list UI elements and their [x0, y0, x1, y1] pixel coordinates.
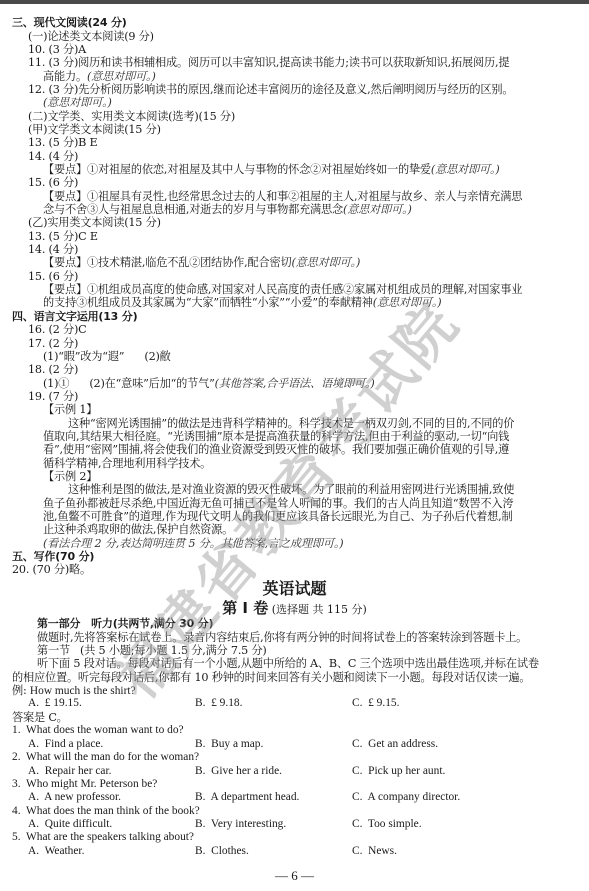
jia-q15-point-line1: 【要点】①祖屋具有灵性,也经常思念过去的人和事②祖屋的主人,对祖屋与故乡、亲人与…: [43, 190, 522, 203]
q1-option-a: A. Find a place.: [28, 738, 103, 751]
question-4: 4. What does the man think of the book?: [12, 805, 200, 818]
example-1-line: 看”,使用“密网”围捕,将会使我们的渔业资源受到毁灭性的破坏。我们要加强正确价值…: [43, 443, 509, 456]
instruction-line: 做题时,先将答案标在试卷上。录音内容结束后,你将有两分钟的时间将试卷上的答案转涂…: [37, 631, 527, 644]
example-label: 例:: [12, 684, 27, 697]
section-4-title: 四、语言文字运用(13 分): [12, 310, 137, 323]
section-5-title: 五、写作(70 分): [12, 550, 94, 563]
listening-part-title: 第一部分 听力(共两节,满分 30 分): [37, 617, 213, 630]
q3-option-c: C. A company director.: [352, 791, 460, 804]
q5-option-b: B. Clothes.: [195, 845, 249, 858]
q17-answer: (1)“暇”改为“遐” (2)敝: [43, 350, 171, 363]
example-2-line: 这种惟利是图的做法,是对渔业资源的毁灭性破坏。为了眼前的利益用密网进行光诱围捕,…: [68, 483, 514, 496]
question-3: 3. Who might Mr. Peterson be?: [12, 778, 157, 791]
q4-option-b: B. Very interesting.: [195, 818, 286, 831]
q18-answer: (1)① (2)在“意味”后加“的节气”(其他答案,合乎语法、语境即可。): [43, 377, 375, 390]
volume-heading: 第 I 卷 (选择题 共 115 分): [0, 597, 589, 618]
example-2-line: 池,鱼鳖不可胜食”的道理,作为现代文明人的我们更应该具备长远眼光,为自己、为子孙…: [43, 510, 512, 523]
jia-answer-q15: 15. (6 分): [28, 176, 78, 189]
exam-answer-page: 三、现代文阅读(24 分) (一)论述类文本阅读(9 分) 10. (3 分)A…: [0, 0, 589, 891]
jia-title: (甲)文学类文本阅读(15 分): [28, 123, 161, 136]
example-1-line: 值取向,其结果大相径庭。“光诱围捕”原本是提高渔获量的科学方法,但由于利益的驱动…: [43, 430, 509, 443]
q1-option-b: B. Buy a map.: [195, 738, 263, 751]
q5-option-a: A. Weather.: [28, 845, 84, 858]
example-option-c: C. £ 9.15.: [352, 697, 399, 710]
q1-option-c: C. Get an address.: [352, 738, 438, 751]
answer-q11-line2: 高能力。(意思对即可。): [43, 70, 156, 83]
section-3-title: 三、现代文阅读(24 分): [12, 16, 127, 29]
q2-option-c: C. Pick up her aunt.: [352, 765, 445, 778]
question-2: 2. What will the man do for the woman?: [12, 751, 199, 764]
answer-q12-line1: 12. (3 分)先分析阅历影响读书的原因,继而论述丰富阅历的途径及意义,然后阐…: [28, 83, 513, 96]
question-5: 5. What are the speakers talking about?: [12, 831, 194, 844]
question-text: What are the speakers talking about?: [26, 831, 194, 843]
yi-q15-point-line1: 【要点】①机组成员高度的使命感,对国家对人民高度的责任感②家属对机组成员的理解,…: [43, 283, 522, 296]
question-number: 1.: [12, 724, 21, 736]
yi-q14-point: 【要点】①技术精湛,临危不乱②团结协作,配合密切(意思对即可。): [43, 256, 360, 269]
q4-option-c: C. Too simple.: [352, 818, 422, 831]
question-text: What does the woman want to do?: [26, 724, 184, 736]
q2-option-a: A. Repair her car.: [28, 765, 112, 778]
q19-grading-note: (看法合理 2 分,表达简明连贯 5 分。其他答案,言之成理即可。): [43, 537, 343, 550]
q3-option-b: B. A department head.: [195, 791, 299, 804]
q3-option-a: A. A new professor.: [28, 791, 121, 804]
part-2-title: (二)文学类、实用类文本阅读(选考)(15 分): [28, 110, 235, 123]
example-question-text: How much is the shirt?: [30, 685, 136, 697]
grading-note: (意思对即可。): [43, 96, 112, 109]
yi-q15-point-line2: 的支持③机组成员及其家属为“大家”而牺牲“小家”“小爱”的奉献精神(意思对即可。…: [43, 296, 441, 309]
grading-note: (意思对即可。): [431, 163, 500, 176]
volume-subtitle: (选择题 共 115 分): [272, 603, 367, 616]
q4-option-a: A. Quite difficult.: [28, 818, 112, 831]
key-point-text: 的支持③机组成员及其家属为“大家”而牺牲“小家”“小爱”的奉献精神: [43, 296, 373, 309]
question-text: What will the man do for the woman?: [26, 751, 199, 763]
section-1-title: 第一节 (共 5 小题;每小题 1.5 分,满分 7.5 分): [37, 644, 267, 657]
example-answer: 答案是 C。: [12, 711, 68, 724]
question-number: 5.: [12, 831, 21, 843]
grading-note: (意思对即可。): [291, 256, 360, 269]
key-point-text: 念与不舍③人与祖屋息息相通,对逝去的岁月与事物都充满思念: [43, 203, 343, 216]
question-1: 1. What does the woman want to do?: [12, 724, 184, 737]
page-number: — 6 —: [0, 868, 589, 884]
question-number: 4.: [12, 805, 21, 817]
yi-title: (乙)实用类文本阅读(15 分): [28, 216, 161, 229]
answer-q16: 16. (2 分)C: [28, 323, 87, 336]
yi-answer-q15: 15. (6 分): [28, 270, 78, 283]
part-1-title: (一)论述类文本阅读(9 分): [28, 30, 154, 43]
example-2-line: 止这种杀鸡取卵的做法,保护自然资源。: [43, 523, 233, 536]
example-1-line: 循科学精神,合理地利用科学技术。: [43, 457, 211, 470]
answer-q11-text: 高能力。: [43, 70, 87, 83]
example-question: 例: How much is the shirt?: [12, 684, 136, 698]
question-number: 3.: [12, 778, 21, 790]
key-point-text: 【要点】①技术精湛,临危不乱②团结协作,配合密切: [43, 256, 291, 269]
question-number: 2.: [12, 751, 21, 763]
grading-note: (意思对即可。): [343, 203, 412, 216]
instruction-line: 听下面 5 段对话。每段对话后有一个小题,从题中所给的 A、B、C 三个选项中选…: [37, 657, 539, 670]
instruction-line: 的相应位置。听完每段对话后,你都有 10 秒钟的时间来回答有关小题和阅读下一小题…: [12, 671, 530, 684]
jia-answer-q14: 14. (4 分): [28, 150, 78, 163]
example-1-line: 这种“密网光诱围捕”的做法是违背科学精神的。科学技术是一柄双刃剑,不同的目的,不…: [68, 417, 514, 430]
jia-q15-point-line2: 念与不舍③人与祖屋息息相通,对逝去的岁月与事物都充满思念(意思对即可。): [43, 203, 412, 216]
grading-note: (意思对即可。): [373, 296, 442, 309]
question-text: Who might Mr. Peterson be?: [26, 778, 157, 790]
yi-answer-q14: 14. (4 分): [28, 243, 78, 256]
example-option-b: B. £ 9.18.: [195, 697, 242, 710]
question-text: What does the man think of the book?: [26, 805, 200, 817]
volume-label: 第 I 卷: [222, 599, 268, 617]
q5-option-c: C. News.: [352, 845, 397, 858]
answer-q19: 19. (7 分): [28, 390, 78, 403]
example-option-a: A. £ 19.15.: [28, 697, 82, 710]
example-1-label: 【示例 1】: [43, 403, 97, 416]
jia-answer-q13: 13. (5 分)B E: [28, 136, 97, 149]
example-2-label: 【示例 2】: [43, 470, 97, 483]
q2-option-b: B. Give her a ride.: [195, 765, 282, 778]
q18-answer-text: (1)① (2)在“意味”后加“的节气”: [43, 377, 215, 390]
grading-note: (意思对即可。): [87, 70, 156, 83]
answer-q17: 17. (2 分): [28, 337, 78, 350]
key-point-text: 【要点】①对祖屋的依恋,对祖屋及其中人与事物的怀念②对祖屋始终如一的挚爱: [43, 163, 431, 176]
example-2-line: 鱼子鱼孙都被赶尽杀绝,中国近海无鱼可捕已不是耸人听闻的事。我们的古人尚且知道“数…: [43, 497, 513, 510]
jia-q14-point: 【要点】①对祖屋的依恋,对祖屋及其中人与事物的怀念②对祖屋始终如一的挚爱(意思对…: [43, 163, 500, 176]
answer-q11-line1: 11. (3 分)阅历和读书相辅相成。阅历可以丰富知识,提高读书能力;读书可以获…: [28, 56, 509, 69]
answer-q20: 20. (70 分)略。: [12, 563, 91, 576]
answer-q18: 18. (2 分): [28, 363, 78, 376]
yi-answer-q13: 13. (5 分)C E: [28, 230, 98, 243]
english-test-title: 英语试题: [0, 576, 589, 599]
answer-q10: 10. (3 分)A: [28, 43, 86, 56]
grading-note: (其他答案,合乎语法、语境即可。): [215, 377, 375, 390]
